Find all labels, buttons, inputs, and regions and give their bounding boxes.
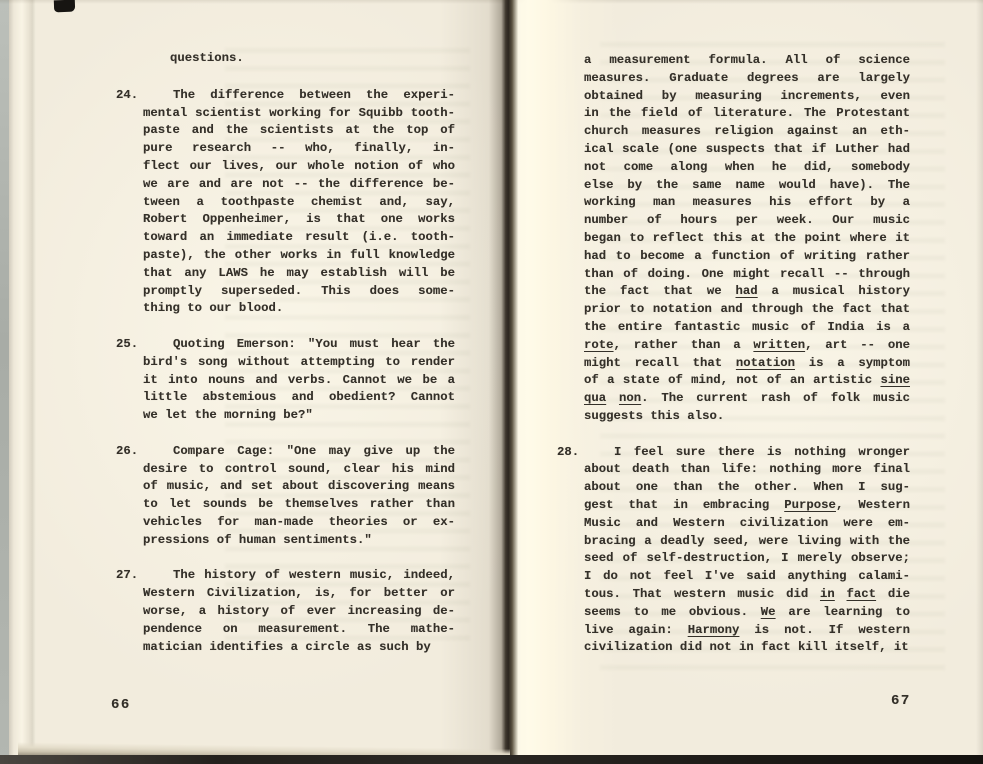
text-line: that any LAWS he may establish will be bbox=[143, 265, 455, 283]
underlined-text: qua bbox=[584, 391, 606, 405]
underlined-text: non bbox=[619, 391, 641, 405]
numbered-item: 26.Compare Cage: "One may give up thedes… bbox=[143, 443, 455, 550]
underlined-text: Harmony bbox=[688, 623, 740, 637]
item-number: 24. bbox=[116, 87, 138, 105]
binding-nick-mark bbox=[54, 0, 75, 12]
text-line: live again: Harmony is not. If western bbox=[584, 622, 910, 640]
numbered-item: 24.The difference between the experi-men… bbox=[143, 87, 455, 318]
text-line: Robert Oppenheimer, is that one works bbox=[143, 211, 455, 229]
right-page-text: a measurement formula. All of sciencemea… bbox=[584, 52, 910, 675]
text-line: the fact that we had a musical history bbox=[584, 283, 910, 301]
text-line: of a state of mind, not of an artistic s… bbox=[584, 372, 910, 390]
text-line: a measurement formula. All of science bbox=[584, 52, 910, 70]
text-line: had to become a function of writing rath… bbox=[584, 248, 910, 266]
text-line: seed of self-destruction, I merely obser… bbox=[584, 550, 910, 568]
text-line: might recall that notation is a symptom bbox=[584, 355, 910, 373]
bottom-edge-strip bbox=[0, 755, 983, 764]
underlined-text: sine bbox=[880, 373, 910, 387]
text-line: we are and are not -- the difference be- bbox=[143, 176, 455, 194]
text-line: of music, and set about discovering mean… bbox=[143, 478, 455, 496]
underlined-text: had bbox=[736, 284, 758, 298]
text-line: tween a toothpaste chemist and, say, bbox=[143, 194, 455, 212]
text-line: pendence on measurement. The mathe- bbox=[143, 621, 455, 639]
text-line: measures. Graduate degrees are largely bbox=[584, 70, 910, 88]
text-line: prior to notation and through the fact t… bbox=[584, 301, 910, 319]
text-line: 25.Quoting Emerson: "You must hear the bbox=[143, 336, 455, 354]
text-line: desire to control sound, clear his mind bbox=[143, 461, 455, 479]
page-number-right: 67 bbox=[891, 693, 911, 709]
text-line: bracing a deadly seed, were living with … bbox=[584, 533, 910, 551]
text-line: mental scientist working for Squibb toot… bbox=[143, 105, 455, 123]
underlined-text: fact bbox=[847, 587, 877, 601]
text-line: thing to our blood. bbox=[143, 300, 455, 318]
numbered-item: 25.Quoting Emerson: "You must hear thebi… bbox=[143, 336, 455, 425]
text-line: we let the morning be?" bbox=[143, 407, 455, 425]
underlined-text: notation bbox=[736, 356, 795, 370]
text-line: matician identifies a circle as such by bbox=[143, 639, 455, 657]
numbered-item: 27.The history of western music, indeed,… bbox=[143, 567, 455, 656]
text-line: 24.The difference between the experi- bbox=[143, 87, 455, 105]
right-edge-shadow bbox=[976, 0, 983, 764]
text-line: worse, a history of ever increasing de- bbox=[143, 603, 455, 621]
text-line: paste), the other works in full knowledg… bbox=[143, 247, 455, 265]
text-line: toward an immediate result (i.e. tooth- bbox=[143, 229, 455, 247]
text-line: flect our lives, our whole notion of who bbox=[143, 158, 455, 176]
book-scan: questions.24.The difference between the … bbox=[0, 0, 983, 764]
scanner-bed-strip bbox=[0, 0, 9, 764]
text-line: civilization did not in fact kill itself… bbox=[584, 639, 910, 657]
text-line: working man measures his effort by a bbox=[584, 194, 910, 212]
text-line: seems to me obvious. We are learning to bbox=[584, 604, 910, 622]
text-line: number of hours per week. Our music bbox=[584, 212, 910, 230]
text-line: paste and the scientists at the top of bbox=[143, 122, 455, 140]
text-line: church measures religion against an eth- bbox=[584, 123, 910, 141]
item-number: 28. bbox=[557, 444, 579, 462]
text-line: else by the same name would have). The bbox=[584, 177, 910, 195]
underlined-text: rote bbox=[584, 338, 614, 352]
underlined-text: Purpose bbox=[784, 498, 836, 512]
text-line: 26.Compare Cage: "One may give up the bbox=[143, 443, 455, 461]
item-number: 25. bbox=[116, 336, 138, 354]
text-line: questions. bbox=[143, 50, 455, 68]
text-line: 28.I feel sure there is nothing wronger bbox=[584, 444, 910, 462]
text-line: ical scale (one suspects that if Luther … bbox=[584, 141, 910, 159]
text-line: I do not feel I've said anything calami- bbox=[584, 568, 910, 586]
text-line: promptly superseded. This does some- bbox=[143, 283, 455, 301]
underlined-text: written bbox=[753, 338, 805, 352]
text-line: rote, rather than a written, art -- one bbox=[584, 337, 910, 355]
text-line: about death than life: nothing more fina… bbox=[584, 461, 910, 479]
text-line: in the field of literature. The Protesta… bbox=[584, 105, 910, 123]
text-line: qua non. The current rash of folk music bbox=[584, 390, 910, 408]
stacked-page-edges-left bbox=[9, 0, 36, 764]
page-number-left: 66 bbox=[111, 697, 131, 713]
numbered-item: 28.I feel sure there is nothing wrongera… bbox=[584, 444, 910, 658]
item-number: 27. bbox=[116, 567, 138, 585]
text-line: little abstemious and obedient? Cannot bbox=[143, 389, 455, 407]
page-heading: questions. bbox=[143, 50, 455, 68]
text-line: to let sounds be themselves rather than bbox=[143, 496, 455, 514]
text-line: Western Civilization, is, for better or bbox=[143, 585, 455, 603]
text-line: the entire fantastic music of India is a bbox=[584, 319, 910, 337]
left-page-text: questions.24.The difference between the … bbox=[143, 50, 455, 674]
item-number: 26. bbox=[116, 443, 138, 461]
text-line: it into nouns and verbs. Cannot we be a bbox=[143, 372, 455, 390]
text-line: pure research -- who, finally, in- bbox=[143, 140, 455, 158]
underlined-text: We bbox=[761, 605, 776, 619]
text-line: obtained by measuring increments, even bbox=[584, 88, 910, 106]
text-line: not come along when he did, somebody bbox=[584, 159, 910, 177]
text-line: gest that in embracing Purpose, Western bbox=[584, 497, 910, 515]
text-line: Music and Western civilization were em- bbox=[584, 515, 910, 533]
text-line: pressions of human sentiments." bbox=[143, 532, 455, 550]
text-line: bird's song without attempting to render bbox=[143, 354, 455, 372]
text-line: vehicles for man-made theories or ex- bbox=[143, 514, 455, 532]
text-line: tous. That western music did in fact die bbox=[584, 586, 910, 604]
text-line: than of doing. One might recall -- throu… bbox=[584, 266, 910, 284]
numbered-item: a measurement formula. All of sciencemea… bbox=[584, 52, 910, 426]
text-line: suggests this also. bbox=[584, 408, 910, 426]
text-line: about one than the other. When I sug- bbox=[584, 479, 910, 497]
text-line: 27.The history of western music, indeed, bbox=[143, 567, 455, 585]
underlined-text: in bbox=[820, 587, 835, 601]
text-line: began to reflect this at the point where… bbox=[584, 230, 910, 248]
